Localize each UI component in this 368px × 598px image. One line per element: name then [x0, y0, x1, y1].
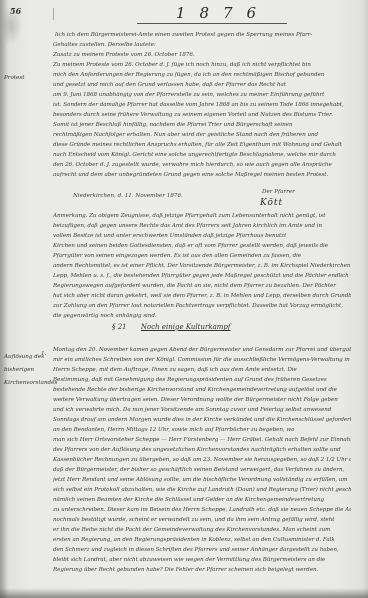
year-underline — [137, 23, 287, 24]
text-line: Zu meinem Proteste vom 26. October d. J.… — [53, 61, 351, 69]
text-line: rechtmäßigen Nachfolger erhalten. Nun ab… — [53, 131, 351, 139]
text-line: hat sich aber nicht daran gekehrt, weil … — [53, 292, 351, 300]
text-line: und ich verwahrte mich. Da nun jener Vor… — [53, 406, 351, 414]
text-line: nochmals bestätigt wurde, scheint er ver… — [53, 516, 351, 524]
text-line: und gesetzt und mich auf den Grund verla… — [53, 81, 351, 89]
text-line: Anmerkung. Zu obigem Zeugnisse, daß jetz… — [53, 212, 351, 220]
text-line: am 9. Juni 1868 unabhängig von der Pfarr… — [53, 91, 351, 99]
text-line: besonders durch seine frühere Verwaltung… — [53, 111, 351, 119]
section-title: Noch einige Kulturkampf — [141, 323, 231, 331]
text-line: mich den Anforderungen der Regierung zu … — [53, 71, 351, 79]
text-line: ersten an Regierung, an den Regierungspr… — [53, 536, 351, 544]
text-line: Kassenbücher Rechnungen zu übergeben, so… — [53, 456, 351, 464]
text-line: nach Entscheid vom Königl. Gericht eine … — [53, 151, 351, 159]
text-line: Zusatz zu meinem Proteste vom 26. Octobe… — [53, 51, 351, 59]
text-line: sich selbst ein Protokoll abzuhalten, wi… — [53, 486, 351, 494]
page-number: 56 — [10, 6, 21, 16]
section-heading: § 21 Noch einige Kulturkampf — [112, 323, 230, 331]
margin-note-protest: Protest — [4, 72, 24, 85]
text-line: man sich Herr Ortsvorsteher Scheppe — He… — [53, 436, 351, 444]
margin-note-aufloesung-3: Kirchenvorstandes — [4, 377, 57, 390]
text-line: ist. Sondern der damalige Pfarrer hat da… — [53, 101, 351, 109]
scan-edge-shadow-left — [0, 0, 8, 598]
text-line: daß der Bürgermeister, der bisher so ges… — [53, 466, 351, 474]
text-line: Lepp, Mehlen u. s. f., die bestehenden P… — [53, 272, 351, 280]
dateline: Niederkirchen, d. 11. November 1876. — [73, 193, 183, 199]
text-line: Regierungswegen aufgefordert wurden, die… — [53, 282, 351, 290]
text-line: Sonntags drauf am andern Morgen wurde di… — [53, 416, 351, 424]
text-line: den 26. October d. J. zugestellt wurde, … — [53, 161, 351, 169]
text-line: Bestimmung, daß mit Genehmigung des Regi… — [53, 376, 351, 384]
text-line: Gehaltes zustellen. Derselbe lautete: — [53, 41, 351, 49]
signature: Kött — [260, 198, 283, 208]
text-line: weitere Verwaltung übertragen seien. Die… — [53, 396, 351, 404]
margin-note-aufloesung-2: bisherigen — [4, 364, 34, 377]
text-line: Pfarrgüter von seinen eingezogen werden.… — [53, 252, 351, 260]
signature-title: Der Pfarrer — [262, 189, 295, 195]
scan-edge-shadow-bottom — [0, 588, 368, 598]
text-line: nämlich seinen Beamten der Kirche die Sc… — [53, 496, 351, 504]
text-line: Kirchen und seinen beiden Gottesdiensten… — [53, 242, 351, 250]
text-line: des Pfarrers von der Auflösung des unges… — [53, 446, 351, 454]
text-line: jetzt Herr Rendant und seine Ablösung so… — [53, 476, 351, 484]
text-line: bestehende Rechte der bisherige Kirchenv… — [53, 386, 351, 394]
text-line: den Schmerz und zugleich in diesen Schri… — [53, 546, 351, 554]
text-line: aufrecht und dem aber unbegründeten Grun… — [53, 171, 351, 179]
text-line: Montag den 20. November kamen gegen Aben… — [53, 346, 351, 354]
text-line: bleibt sich Landrat, aber nicht abzuweis… — [53, 556, 351, 564]
text-line: vollem Besitze ist und unter erschwerten… — [53, 232, 351, 240]
text-line: zu unterschreiben. Dieser kam im Beisein… — [53, 506, 351, 514]
year-heading: 1876 — [158, 4, 288, 22]
text-line: Herrn Scheppe, mit dem Auftrage, Ihnen z… — [53, 366, 351, 374]
margin-rule — [53, 8, 54, 20]
text-line: Somit ist jener Beschluß hinfällig, nach… — [53, 121, 351, 129]
margin-note-aufloesung-1: Auflösung des — [4, 351, 44, 364]
text-line: Regierung über Recht gebunden habe? Die … — [53, 566, 323, 574]
manuscript-page: 56 1876 Protest lich ich dem Bürgermeist… — [0, 0, 368, 598]
text-line: zur Zahlung an den Pfarrer laut notariel… — [53, 302, 351, 310]
section-number: § 21 — [112, 323, 127, 331]
text-line: andern Rechtsmittel, es ist einer Pflich… — [53, 262, 351, 270]
text-line: beizufügen, daß gegen unsere Rechte das … — [53, 222, 351, 230]
text-line: an den Rendanten, Herrn Mittags 12 Uhr, … — [53, 426, 351, 434]
text-line: er ihn die Reihe nicht die Pacht der Gem… — [53, 526, 351, 534]
text-line: mir ein amtliches Schreiben von der Köni… — [53, 356, 351, 364]
text-line: die gegenwärtig noch anhängig sind. — [53, 312, 351, 320]
text-line: lich ich dem Bürgermeisterei-Amte einen … — [55, 31, 353, 39]
text-line: diese Gründe meines rechtlichen Anspruch… — [53, 141, 351, 149]
